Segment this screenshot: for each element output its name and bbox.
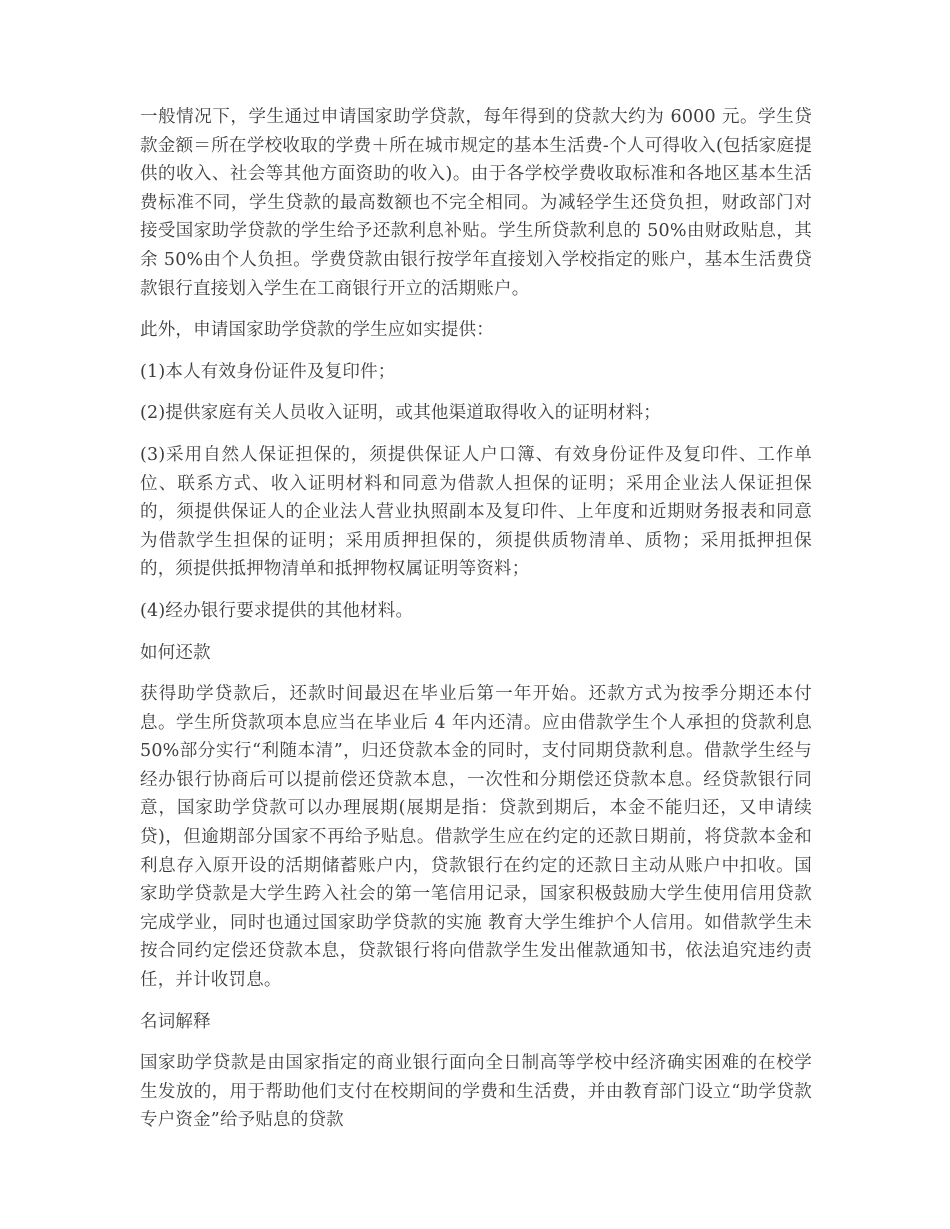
paragraph-required-materials-intro: 此外，申请国家助学贷款的学生应如实提供： bbox=[140, 316, 812, 345]
document-page: 一般情况下，学生通过申请国家助学贷款，每年得到的贷款大约为 6000 元。学生贷… bbox=[0, 0, 950, 1229]
paragraph-loan-amount-and-interest-subsidy: 一般情况下，学生通过申请国家助学贷款，每年得到的贷款大约为 6000 元。学生贷… bbox=[140, 103, 812, 303]
paragraph-glossary-definition: 国家助学贷款是由国家指定的商业银行面向全日制高等学校中经济确实困难的在校学生发放… bbox=[140, 1049, 812, 1135]
section-heading-how-to-repay: 如何还款 bbox=[140, 639, 812, 668]
list-item-2-income-proof: (2)提供家庭有关人员收入证明，或其他渠道取得收入的证明材料； bbox=[140, 399, 812, 428]
list-item-1-id-documents: (1)本人有效身份证件及复印件； bbox=[140, 358, 812, 387]
list-item-4-other-bank-materials: (4)经办银行要求提供的其他材料。 bbox=[140, 597, 812, 626]
paragraph-repayment-details: 获得助学贷款后，还款时间最迟在毕业后第一年开始。还款方式为按季分期还本付息。学生… bbox=[140, 680, 812, 995]
document-body: 一般情况下，学生通过申请国家助学贷款，每年得到的贷款大约为 6000 元。学生贷… bbox=[140, 103, 812, 1135]
section-heading-glossary: 名词解释 bbox=[140, 1008, 812, 1037]
list-item-3-guarantee-materials: (3)采用自然人保证担保的，须提供保证人户口簿、有效身份证件及复印件、工作单位、… bbox=[140, 441, 812, 584]
